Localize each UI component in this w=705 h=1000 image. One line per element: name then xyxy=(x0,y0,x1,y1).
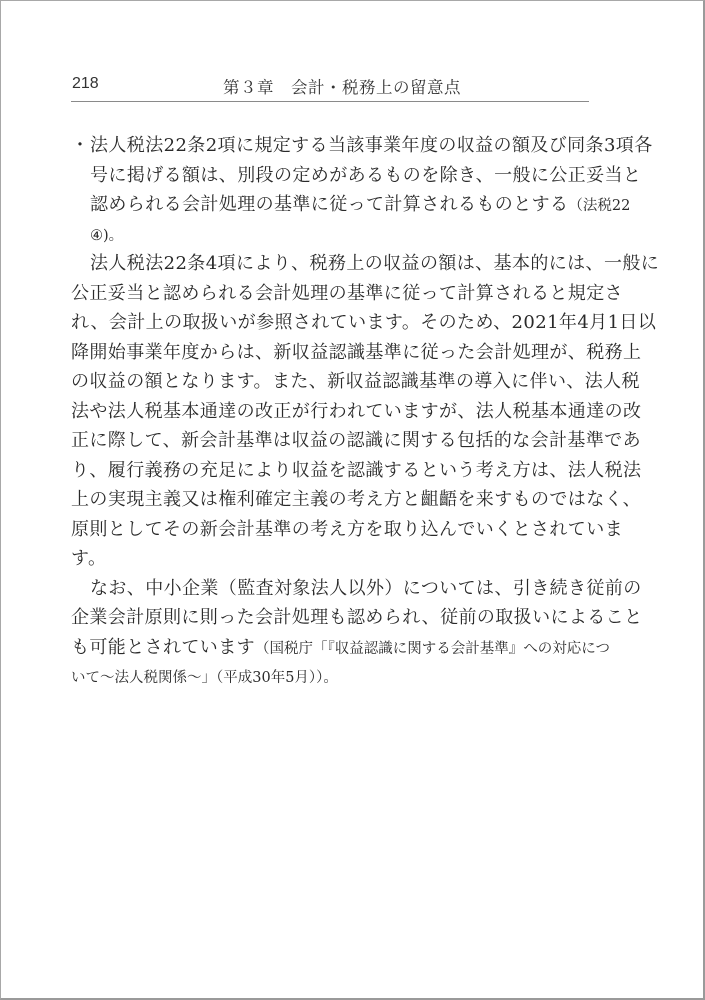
bullet-mark: ・ xyxy=(71,131,89,161)
citation-note: （国税庁「『収益認識に関する会計基準』への対応につ xyxy=(255,641,610,657)
text-line: 公正妥当と認められる会計処理の基準に従って計算されると規定さ xyxy=(71,279,591,309)
text-line: 法や法人税基本通達の改正が行われていますが、法人税基本通達の改 xyxy=(71,397,591,427)
body-text: ・ 法人税法22条2項に規定する当該事業年度の収益の額及び同条3項各 号に掲げる… xyxy=(71,131,591,692)
text-line: れ、会計上の取扱いが参照されています。そのため、2021年4月1日以 xyxy=(71,308,591,338)
text-line: 原則としてその新会計基準の考え方を取り込んでいくとされていま xyxy=(71,515,591,545)
citation-note: （法税22 xyxy=(568,198,630,214)
citation-note: ④)。 xyxy=(90,228,123,244)
running-header: 218 第３章 会計・税務上の留意点 xyxy=(71,73,589,102)
text-line: 号に掲げる額は、別段の定めがあるものを除き、一般に公正妥当と xyxy=(90,161,591,191)
text-line: 企業会計原則に則った会計処理も認められ、従前の取扱いによること xyxy=(71,603,591,633)
line-text: も可能とされています xyxy=(71,637,255,658)
text-line: なお、中小企業（監査対象法人以外）については、引き続き従前の xyxy=(71,574,591,604)
bullet-item: ・ 法人税法22条2項に規定する当該事業年度の収益の額及び同条3項各 号に掲げる… xyxy=(71,131,591,249)
paragraph-sme-treatment: なお、中小企業（監査対象法人以外）については、引き続き従前の 企業会計原則に則っ… xyxy=(71,574,591,692)
text-line: も可能とされています（国税庁「『収益認識に関する会計基準』への対応につ xyxy=(71,633,591,663)
line-text: なお、中小企業（監査対象法人以外）については、引き続き従前の xyxy=(90,578,642,599)
text-line: 法人税法22条4項により、税務上の収益の額は、基本的には、一般に xyxy=(71,249,591,279)
chapter-title: 第３章 会計・税務上の留意点 xyxy=(223,74,461,98)
text-line: 法人税法22条2項に規定する当該事業年度の収益の額及び同条3項各 xyxy=(90,131,591,161)
page-number: 218 xyxy=(72,75,99,93)
text-line: の収益の額となります。また、新収益認識基準の導入に伴い、法人税 xyxy=(71,367,591,397)
line-text: 号に掲げる額は、別段の定めがあるものを除き、一般に公正妥当と xyxy=(90,165,641,186)
text-line: 上の実現主義又は権利確定主義の考え方と齟齬を来すものではなく、 xyxy=(71,485,591,515)
paragraph-revenue-rules: 法人税法22条4項により、税務上の収益の額は、基本的には、一般に 公正妥当と認め… xyxy=(71,249,591,574)
citation-note: いて～法人税関係～」（平成30年5月））。 xyxy=(71,670,338,686)
line-text: 企業会計原則に則った会計処理も認められ、従前の取扱いによること xyxy=(71,607,642,628)
text-line: 正に際して、新会計基準は収益の認識に関する包括的な会計基準であ xyxy=(71,426,591,456)
document-page: 218 第３章 会計・税務上の留意点 ・ 法人税法22条2項に規定する当該事業年… xyxy=(0,0,705,1000)
text-line: 認められる会計処理の基準に従って計算されるものとする（法税22 xyxy=(90,190,591,220)
text-line: いて～法人税関係～」（平成30年5月））。 xyxy=(71,662,591,692)
line-text: 法人税法22条2項に規定する当該事業年度の収益の額及び同条3項各 xyxy=(90,135,653,156)
text-line: 降開始事業年度からは、新収益認識基準に従った会計処理が、税務上 xyxy=(71,338,591,368)
text-line: ④)。 xyxy=(90,220,591,250)
text-line: す。 xyxy=(71,544,591,574)
text-line: り、履行義務の充足により収益を認識するという考え方は、法人税法 xyxy=(71,456,591,486)
line-text: 認められる会計処理の基準に従って計算されるものとする xyxy=(90,194,568,215)
